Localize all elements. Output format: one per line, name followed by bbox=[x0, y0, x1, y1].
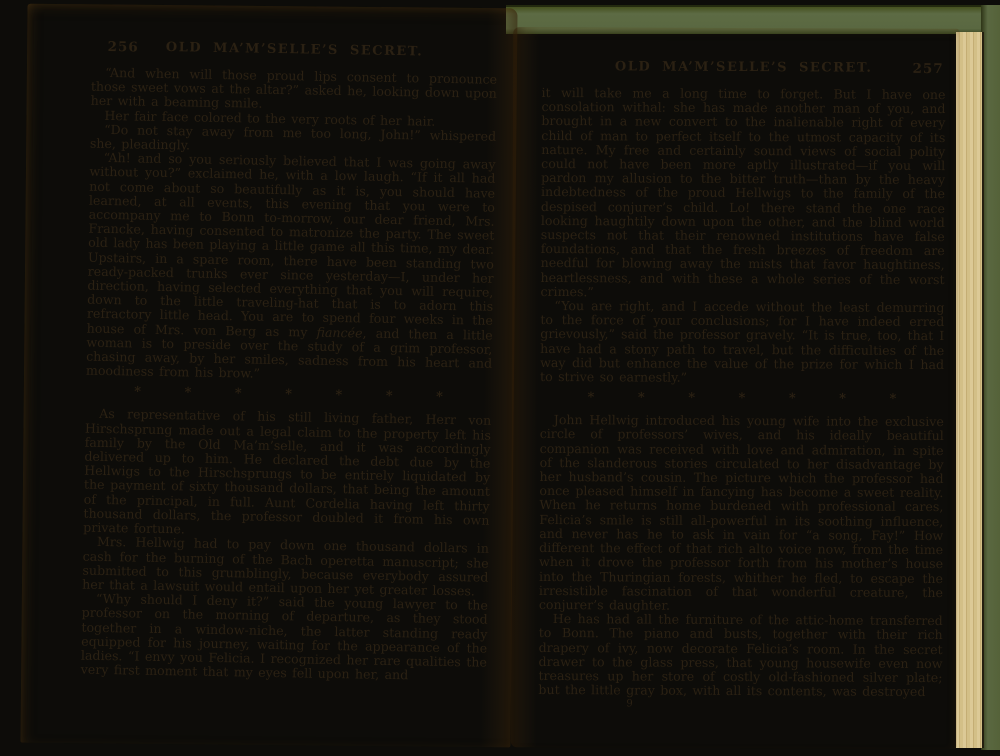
signature-mark: 9 bbox=[626, 699, 942, 712]
paragraph: “Why should I deny it?” said the young l… bbox=[81, 592, 488, 684]
right-page-number: 257 bbox=[912, 61, 943, 77]
right-running-title: OLD MA’M’SELLE’S SECRET. bbox=[542, 59, 946, 76]
section-separator: * * * * * * * bbox=[540, 390, 944, 407]
paragraph-text: “Ah! and so you seriously believed that … bbox=[87, 150, 496, 339]
paragraph: “You are right, and I accede without the… bbox=[540, 299, 944, 386]
page-fore-edges bbox=[956, 32, 984, 748]
paragraph: Mrs. Hellwig had to pay down one thousan… bbox=[82, 535, 489, 599]
paragraph: “Ah! and so you seriously believed that … bbox=[86, 151, 496, 385]
book-photo: { "colors": { "background": "#0d0c09", "… bbox=[0, 0, 1000, 756]
paragraph: it will take me a long time to forget. B… bbox=[540, 86, 945, 301]
left-page: 256 OLD MA’M’SELLE’S SECRET. “And when w… bbox=[20, 4, 517, 748]
left-page-number: 256 bbox=[107, 39, 138, 56]
paragraph: As representative of his still living fa… bbox=[83, 407, 491, 542]
paragraph: He has had all the furniture of the atti… bbox=[538, 612, 942, 699]
right-page-header: OLD MA’M’SELLE’S SECRET. 257 bbox=[542, 59, 946, 79]
right-page-content: OLD MA’M’SELLE’S SECRET. 257 it will tak… bbox=[538, 59, 945, 711]
paragraph: John Hellwig introduced his young wife i… bbox=[539, 413, 944, 614]
left-page-header: 256 OLD MA’M’SELLE’S SECRET. bbox=[91, 39, 497, 64]
section-separator: * * * * * * * bbox=[85, 384, 491, 406]
left-page-content: 256 OLD MA’M’SELLE’S SECRET. “And when w… bbox=[81, 39, 498, 684]
right-page: OLD MA’M’SELLE’S SECRET. 257 it will tak… bbox=[511, 27, 960, 749]
left-running-title: OLD MA’M’SELLE’S SECRET. bbox=[91, 39, 497, 61]
